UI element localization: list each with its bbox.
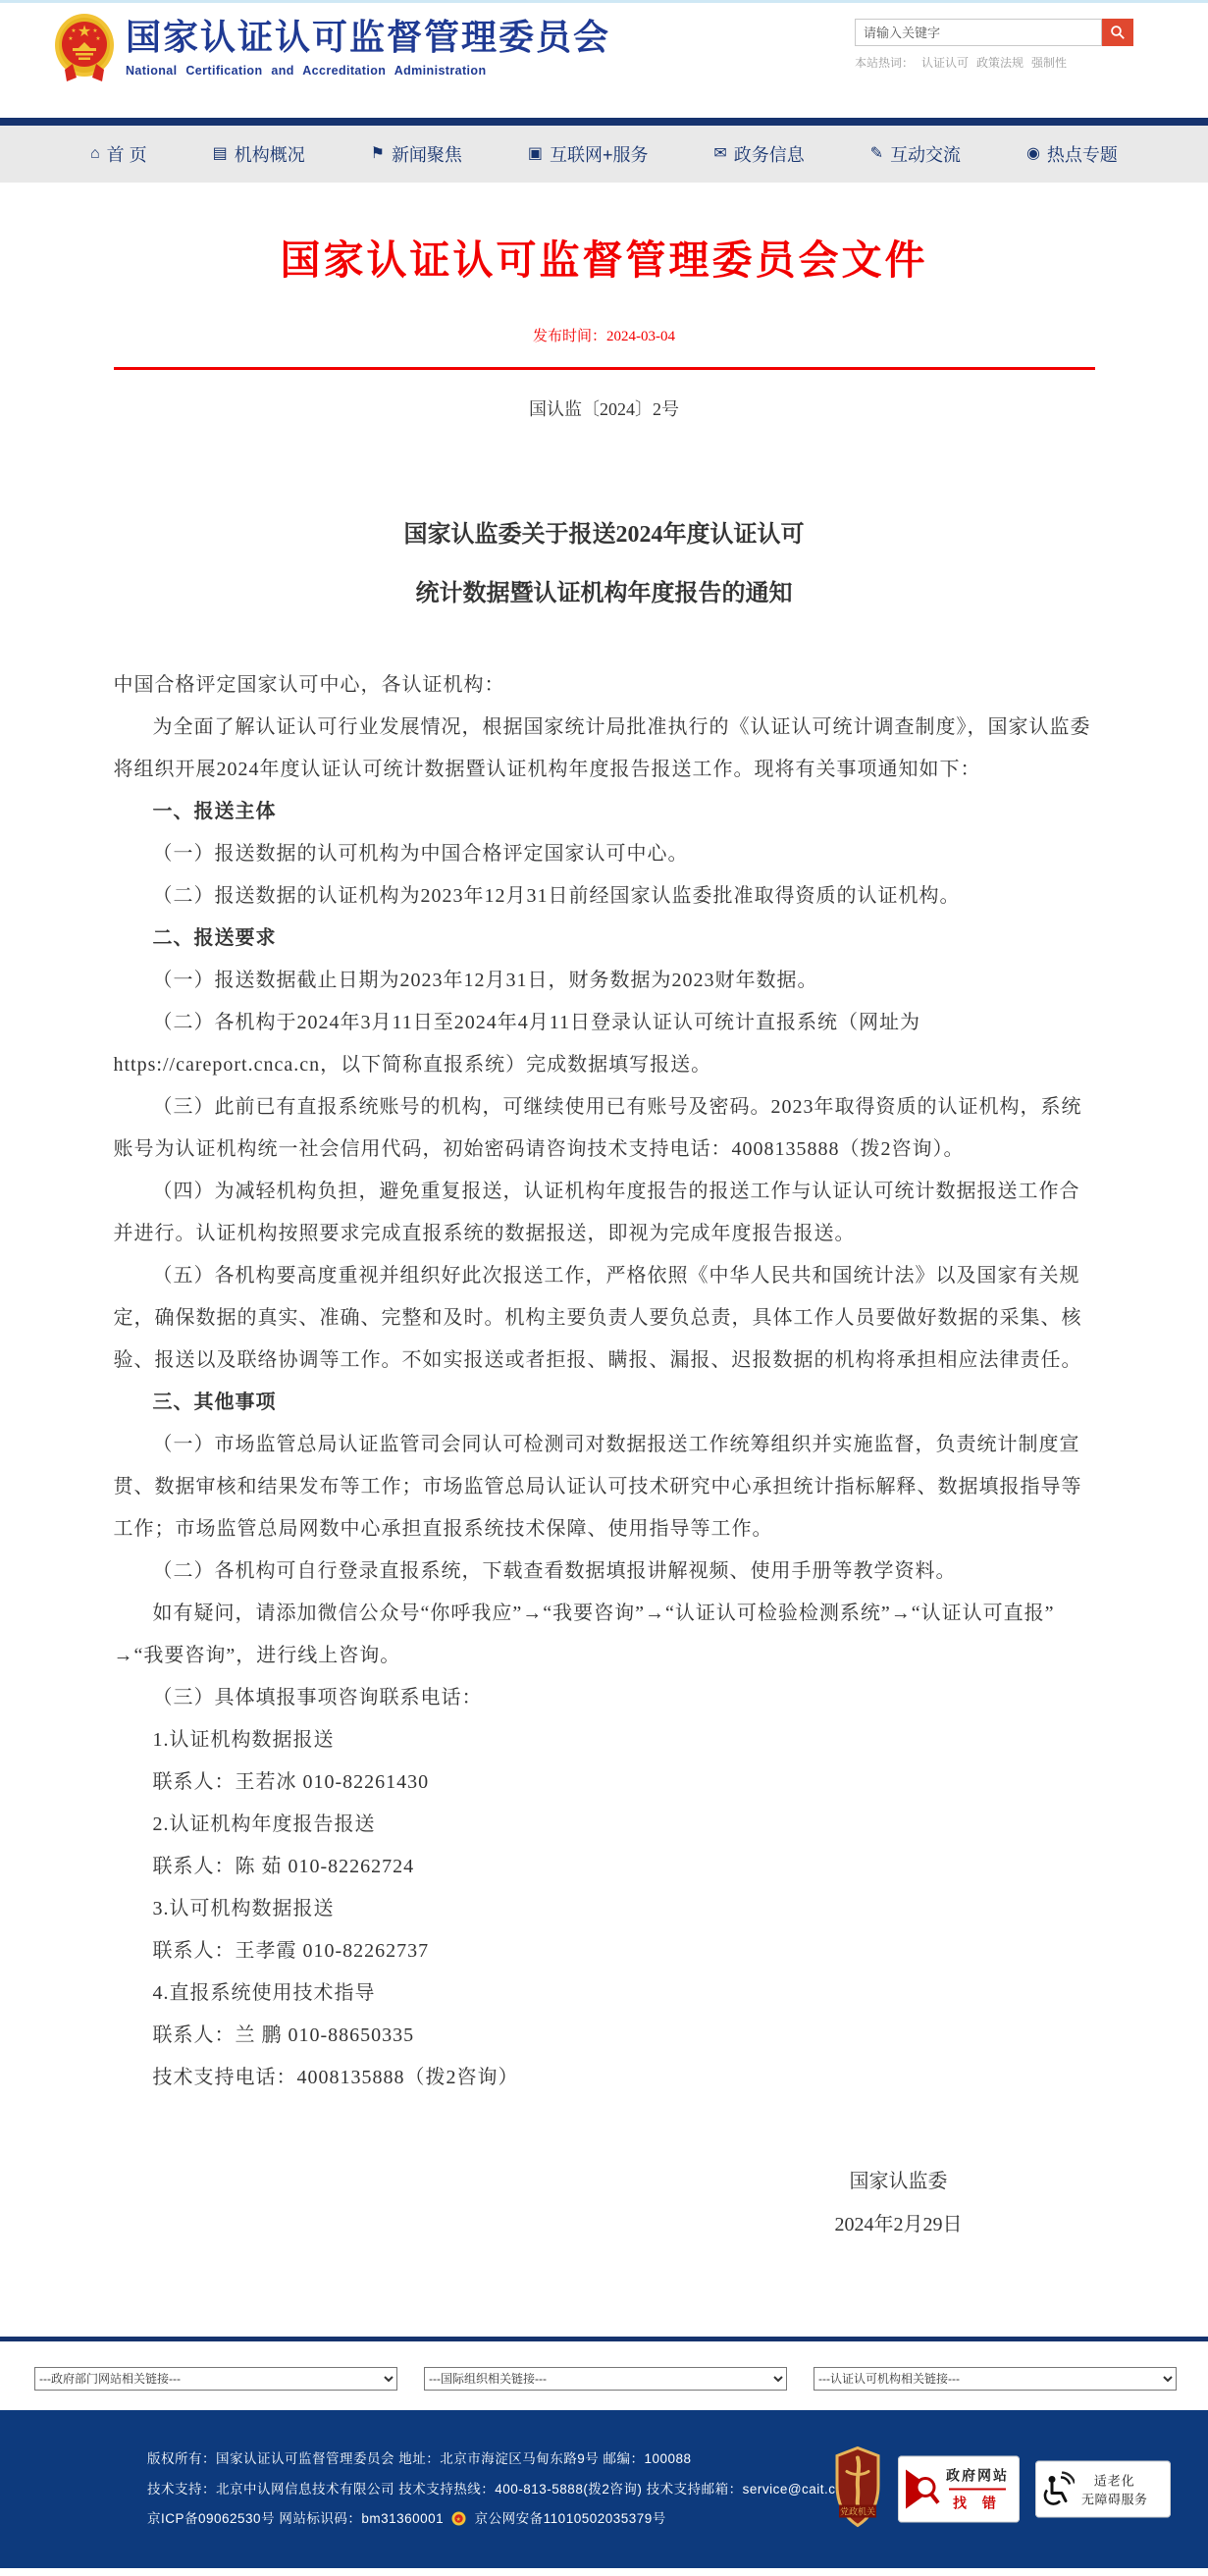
site-title-english: National Certification and Accreditation…: [126, 64, 610, 78]
search-icon: [1110, 25, 1126, 40]
footer-text: 版权所有：国家认证认可监督管理委员会 地址：北京市海淀区马甸东路9号 邮编：10…: [147, 2441, 855, 2538]
doc-paragraph: 3.认可机构数据报送: [114, 1888, 1095, 1930]
related-links-select-cnca-org-links[interactable]: ---认证认可机构相关链接---: [814, 2367, 1177, 2391]
hotword-link[interactable]: 强制性: [1031, 56, 1067, 70]
site-header: ★ ★ ★ ★ ★ 国家认证认可监督管理委员会 National Certifi…: [0, 3, 1208, 118]
party-gov-shield-icon: 党政机关: [833, 2445, 882, 2528]
find-error-label: 找 错: [953, 2494, 1002, 2513]
find-error-magnifier-icon: [904, 2468, 941, 2511]
nav-item-home[interactable]: ⌂首 页: [90, 141, 147, 167]
party-gov-badge[interactable]: 党政机关: [833, 2445, 882, 2533]
red-banner-title: 国家认证认可监督管理委员会文件: [114, 228, 1095, 286]
nav-item-hot-topics[interactable]: ◉热点专题: [1026, 141, 1118, 167]
nav-item-label: 互动交流: [890, 141, 961, 167]
elder-friendly-label: 适老化: [1094, 2471, 1135, 2490]
public-security-link[interactable]: 京公网安备11010502035379号: [475, 2511, 666, 2526]
svg-text:党政机关: 党政机关: [840, 2505, 875, 2516]
footer-badges: 党政机关 政府网站 找 错: [833, 2445, 1171, 2533]
doc-paragraph: （一）市场监管总局认证监管司会同认可检测司对数据报送工作统筹组织并实施监督，负责…: [114, 1424, 1095, 1551]
document-number: 国认监〔2024〕2号: [114, 395, 1095, 421]
nav-item-label: 首 页: [107, 141, 147, 167]
doc-paragraph: （一）报送数据截止日期为2023年12月31日，财务数据为2023财年数据。: [114, 960, 1095, 1002]
nav-item-internet-service[interactable]: ▣互联网+服务: [528, 141, 649, 167]
gov-site-label: 政府网站: [946, 2466, 1009, 2486]
nav-item-org-overview[interactable]: ▤机构概况: [213, 141, 305, 167]
hotword-link[interactable]: 政策法规: [976, 56, 1024, 70]
doc-paragraph: 4.直报系统使用技术指导: [114, 1972, 1095, 2015]
hotword-link[interactable]: 认证认可: [921, 56, 969, 70]
signature-block: 国家认监委 2024年2月29日: [791, 2160, 1007, 2246]
doc-paragraph: 联系人：王孝霞 010-82262737: [114, 1930, 1095, 1972]
doc-paragraph: （三）此前已有直报系统账号的机构，可继续使用已有账号及密码。2023年取得资质的…: [114, 1086, 1095, 1171]
document-title-line1: 国家认监委关于报送2024年度认证认可: [114, 505, 1095, 564]
internet-service-icon: ▣: [528, 146, 543, 162]
national-emblem-logo: ★ ★ ★ ★ ★: [53, 13, 116, 83]
doc-paragraph: 1.认证机构数据报送: [114, 1719, 1095, 1761]
doc-paragraph: 联系人：陈 茹 010-82262724: [114, 1846, 1095, 1888]
signature-org: 国家认监委: [791, 2160, 1007, 2203]
police-badge-icon: ★: [451, 2511, 466, 2526]
header-divider-bar: [0, 118, 1208, 126]
doc-paragraph: （二）报送数据的认证机构为2023年12月31日前经国家认监委批准取得资质的认证…: [114, 875, 1095, 918]
doc-paragraph: （四）为减轻机构负担，避免重复报送，认证机构年度报告的报送工作与认证认可统计数据…: [114, 1171, 1095, 1255]
footer-tech-support: 技术支持：北京中认网信息技术有限公司 技术支持热线：400-813-5888(拨…: [147, 2478, 855, 2501]
doc-paragraph: 如有疑问，请添加微信公众号“你呼我应”→“我要咨询”→“认证认可检验检测系统”→…: [114, 1593, 1095, 1677]
search-button[interactable]: [1102, 19, 1133, 46]
nav-item-label: 互联网+服务: [550, 141, 649, 167]
doc-paragraph: 技术支持电话：4008135888（拨2咨询）: [114, 2057, 1095, 2099]
doc-paragraph: （二）各机构于2024年3月11日至2024年4月11日登录认证认可统计直报系统…: [114, 1002, 1095, 1086]
footer-copyright: 版权所有：国家认证认可监督管理委员会 地址：北京市海淀区马甸东路9号 邮编：10…: [147, 2447, 855, 2471]
doc-paragraph: 2.认证机构年度报告报送: [114, 1804, 1095, 1846]
footer-icp-line: 京ICP备09062530号 网站标识码：bm31360001 ★ 京公网安备1…: [147, 2507, 855, 2531]
doc-paragraph: （三）具体填报事项咨询联系电话：: [114, 1677, 1095, 1719]
doc-section-heading: 一、报送主体: [114, 791, 1095, 833]
doc-paragraph: （五）各机构要高度重视并组织好此次报送工作，严格依照《中华人民共和国统计法》以及…: [114, 1255, 1095, 1382]
publish-time: 发布时间：2024-03-04: [114, 325, 1095, 345]
org-overview-icon: ▤: [213, 146, 228, 162]
icp-number-link[interactable]: 京ICP备09062530号 网站标识码：bm31360001: [147, 2511, 444, 2526]
svg-text:★: ★: [78, 24, 91, 40]
nav-item-label: 政务信息: [734, 141, 805, 167]
signature-date: 2024年2月29日: [791, 2203, 1007, 2246]
gov-badge-divider: [949, 2489, 1006, 2491]
nav-item-news[interactable]: ⚑新闻聚焦: [371, 141, 462, 167]
gov-site-error-badge[interactable]: 政府网站 找 错: [898, 2456, 1020, 2523]
document-area: 国家认证认可监督管理委员会文件 发布时间：2024-03-04 国认监〔2024…: [114, 183, 1095, 2337]
search-input[interactable]: [855, 19, 1102, 46]
home-icon: ⌂: [90, 146, 100, 162]
interaction-icon: ✎: [870, 146, 883, 162]
doc-paragraph: 为全面了解认证认可行业发展情况，根据国家统计局批准执行的《认证认可统计调查制度》…: [114, 707, 1095, 791]
related-links-select-gov-department-links[interactable]: ---政府部门网站相关链接---: [34, 2367, 397, 2391]
accessibility-wheelchair-icon: [1041, 2472, 1075, 2507]
bottom-margin: [0, 2568, 1208, 2576]
svg-text:★: ★: [456, 2516, 462, 2523]
doc-paragraph: （一）报送数据的认可机构为中国合格评定国家认可中心。: [114, 833, 1095, 875]
red-divider: [114, 367, 1095, 370]
related-links-row: ---政府部门网站相关链接------国际组织相关链接------认证认可机构相…: [0, 2341, 1208, 2404]
hot-topics-icon: ◉: [1026, 146, 1040, 162]
document-title: 国家认监委关于报送2024年度认证认可 统计数据暨认证机构年度报告的通知: [114, 505, 1095, 623]
nav-item-label: 热点专题: [1047, 141, 1118, 167]
nav-item-interaction[interactable]: ✎互动交流: [870, 141, 961, 167]
search-area: 本站热词：认证认可政策法规强制性: [855, 19, 1133, 71]
svg-text:★: ★: [92, 27, 97, 34]
doc-paragraph: 中国合格评定国家认可中心，各认证机构：: [114, 664, 1095, 707]
hotwords-row: 本站热词：认证认可政策法规强制性: [855, 54, 1133, 71]
site-title: 国家认证认可监督管理委员会: [126, 15, 610, 61]
doc-paragraph: 联系人：兰 鹏 010-88650335: [114, 2015, 1095, 2057]
svg-text:★: ★: [95, 35, 100, 42]
news-icon: ⚑: [371, 146, 385, 162]
doc-paragraph: 联系人：王若冰 010-82261430: [114, 1761, 1095, 1804]
doc-section-heading: 二、报送要求: [114, 918, 1095, 960]
main-nav: ⌂首 页▤机构概况⚑新闻聚焦▣互联网+服务✉政务信息✎互动交流◉热点专题: [0, 126, 1208, 183]
svg-text:★: ★: [68, 35, 73, 42]
document-title-line2: 统计数据暨认证机构年度报告的通知: [114, 564, 1095, 623]
svg-text:★: ★: [71, 27, 76, 34]
nav-item-label: 机构概况: [235, 141, 305, 167]
gov-info-icon: ✉: [713, 146, 726, 162]
brand: 国家认证认可监督管理委员会 National Certification and…: [126, 15, 610, 78]
nav-item-gov-info[interactable]: ✉政务信息: [713, 141, 804, 167]
doc-section-heading: 三、其他事项: [114, 1382, 1095, 1424]
doc-paragraph: （二）各机构可自行登录直报系统，下载查看数据填报讲解视频、使用手册等教学资料。: [114, 1551, 1095, 1593]
hotwords-label: 本站热词：: [855, 56, 914, 70]
document-body: 中国合格评定国家认可中心，各认证机构：为全面了解认证认可行业发展情况，根据国家统…: [114, 664, 1095, 2099]
site-footer: 版权所有：国家认证认可监督管理委员会 地址：北京市海淀区马甸东路9号 邮编：10…: [0, 2410, 1208, 2568]
related-links-select-international-org-links[interactable]: ---国际组织相关链接---: [424, 2367, 787, 2391]
national-emblem-icon: ★ ★ ★ ★ ★: [53, 13, 116, 83]
barrier-free-label: 无障碍服务: [1081, 2490, 1148, 2508]
page: ★ ★ ★ ★ ★ 国家认证认可监督管理委员会 National Certifi…: [0, 0, 1208, 2576]
accessibility-badge[interactable]: 适老化 无障碍服务: [1035, 2461, 1171, 2518]
nav-item-label: 新闻聚焦: [392, 141, 462, 167]
